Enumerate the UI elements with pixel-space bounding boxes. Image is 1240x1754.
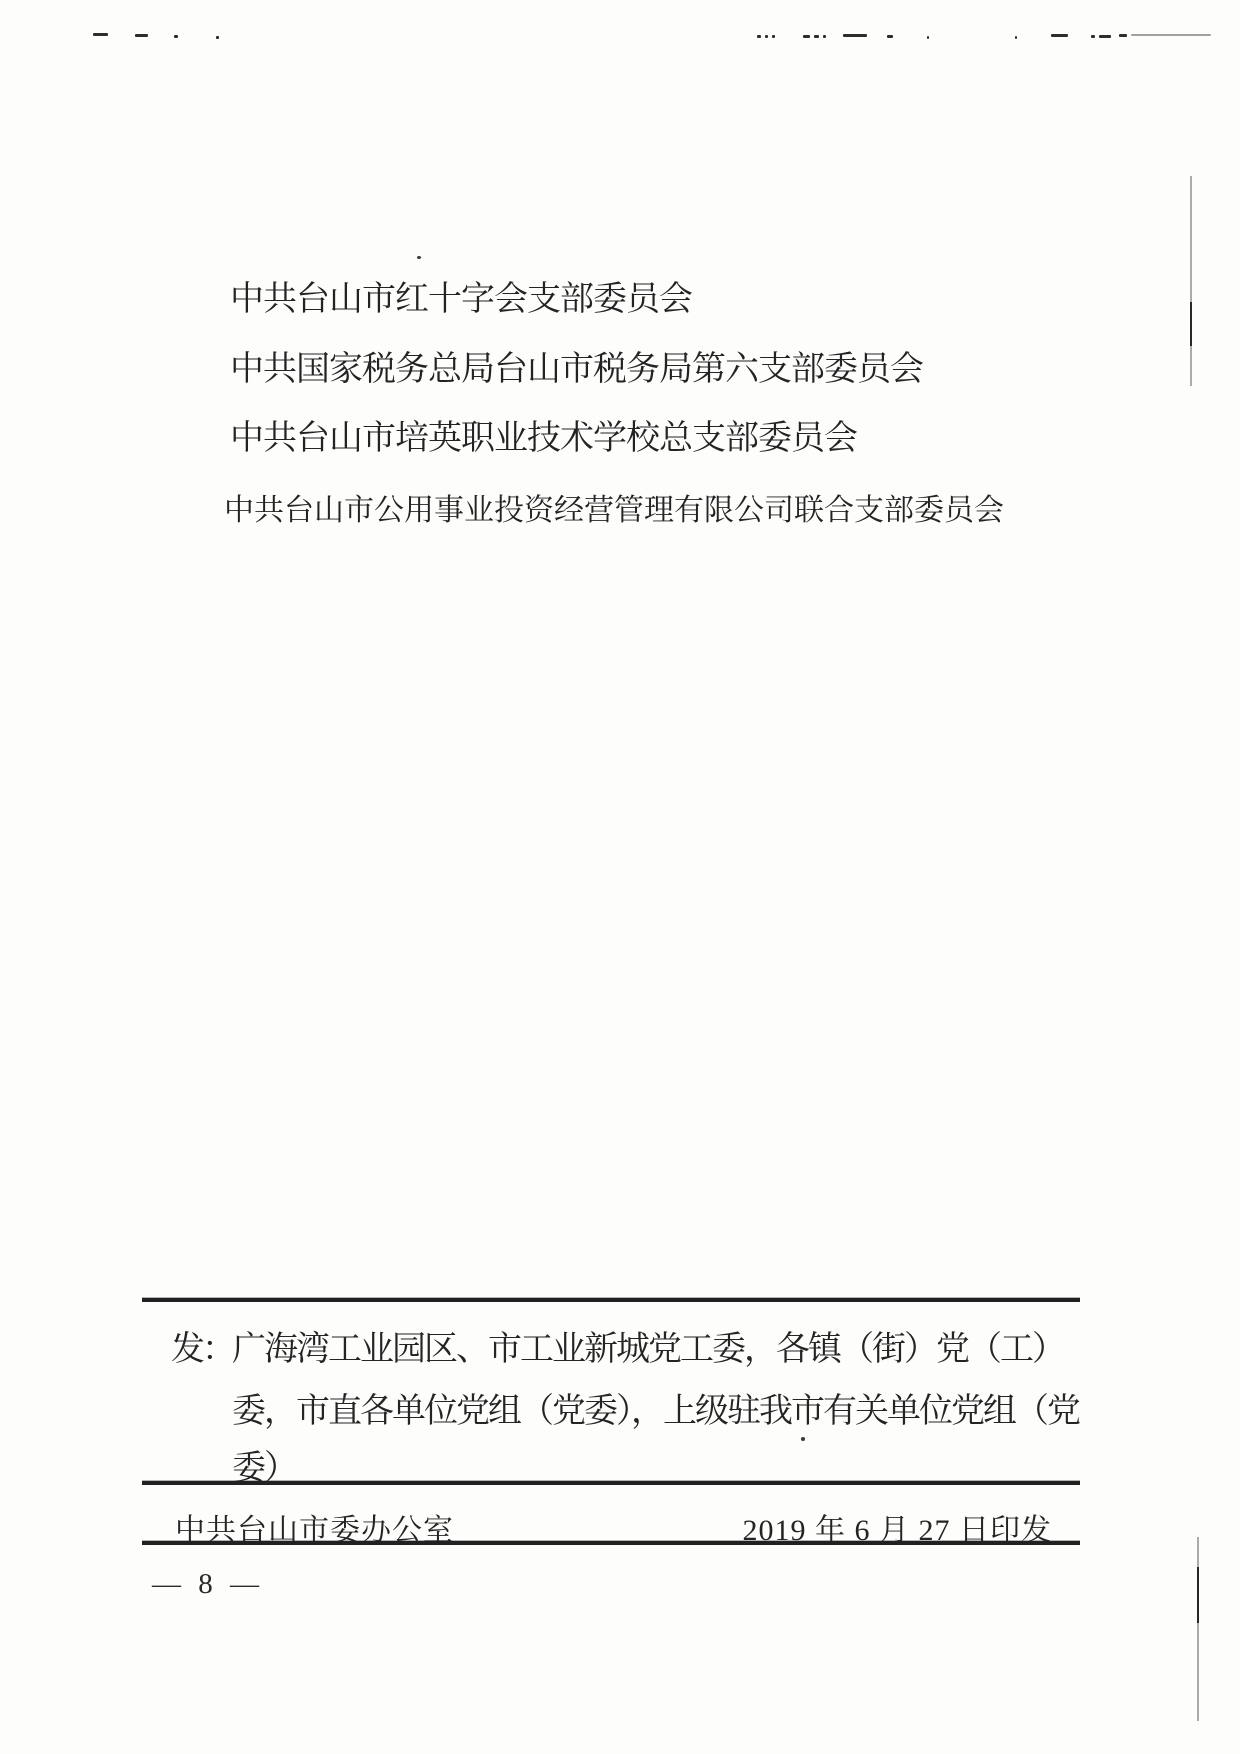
scan-artifact-dash [772, 35, 775, 38]
scan-artifact-dot [417, 256, 421, 259]
scan-artifact-dash [765, 35, 768, 38]
scan-artifact-dash [1131, 34, 1211, 36]
scan-artifact-dash [174, 35, 178, 38]
scan-artifact-vline-dark [1197, 1567, 1199, 1623]
scan-artifact-dash [803, 35, 810, 38]
footer-top-rule [142, 1481, 1080, 1485]
committee-item: 中共台山市红十字会支部委员会 [230, 271, 692, 320]
committee-item: 中共国家税务总局台山市税务局第六支部委员会 [230, 341, 923, 390]
scan-artifact-dot [801, 1437, 805, 1441]
scan-artifact-dash [1119, 34, 1127, 37]
footer-bottom-rule [142, 1541, 1080, 1545]
scan-artifact-vline [1190, 176, 1192, 386]
scan-artifact-dash [843, 34, 867, 37]
scan-artifact-dash [927, 36, 929, 39]
distribution-label: 发： [171, 1321, 233, 1370]
scan-artifact-dash [93, 33, 108, 36]
scan-artifact-dash [1099, 35, 1111, 38]
scan-artifact-dash [757, 35, 761, 38]
committee-item: 中共台山市培英职业技术学校总支部委员会 [230, 410, 857, 459]
committee-item: 中共台山市公用事业投资经营管理有限公司联合支部委员会 [224, 485, 1004, 529]
distribution-top-rule [142, 1298, 1080, 1302]
scan-artifact-dash [1015, 36, 1017, 39]
scan-artifact-vline [1197, 1537, 1199, 1721]
scan-artifact-dash [135, 34, 148, 37]
scan-artifact-dash [823, 35, 826, 38]
scan-artifact-dash [887, 35, 893, 38]
scan-artifact-dash [1051, 34, 1068, 37]
scan-artifact-dash [814, 35, 819, 38]
distribution-line: 广海湾工业园区、市工业新城党工委，各镇（街）党（工） [232, 1321, 1064, 1370]
document-page: 中共台山市红十字会支部委员会 中共国家税务总局台山市税务局第六支部委员会 中共台… [0, 0, 1240, 1754]
scan-artifact-dash [1091, 35, 1095, 38]
scan-artifact-dash [216, 36, 219, 39]
scan-artifact-vline-dark [1190, 302, 1192, 346]
page-number: — 8 — [152, 1568, 264, 1601]
distribution-line: 委，市直各单位党组（党委），上级驻我市有关单位党组（党 [232, 1383, 1079, 1432]
